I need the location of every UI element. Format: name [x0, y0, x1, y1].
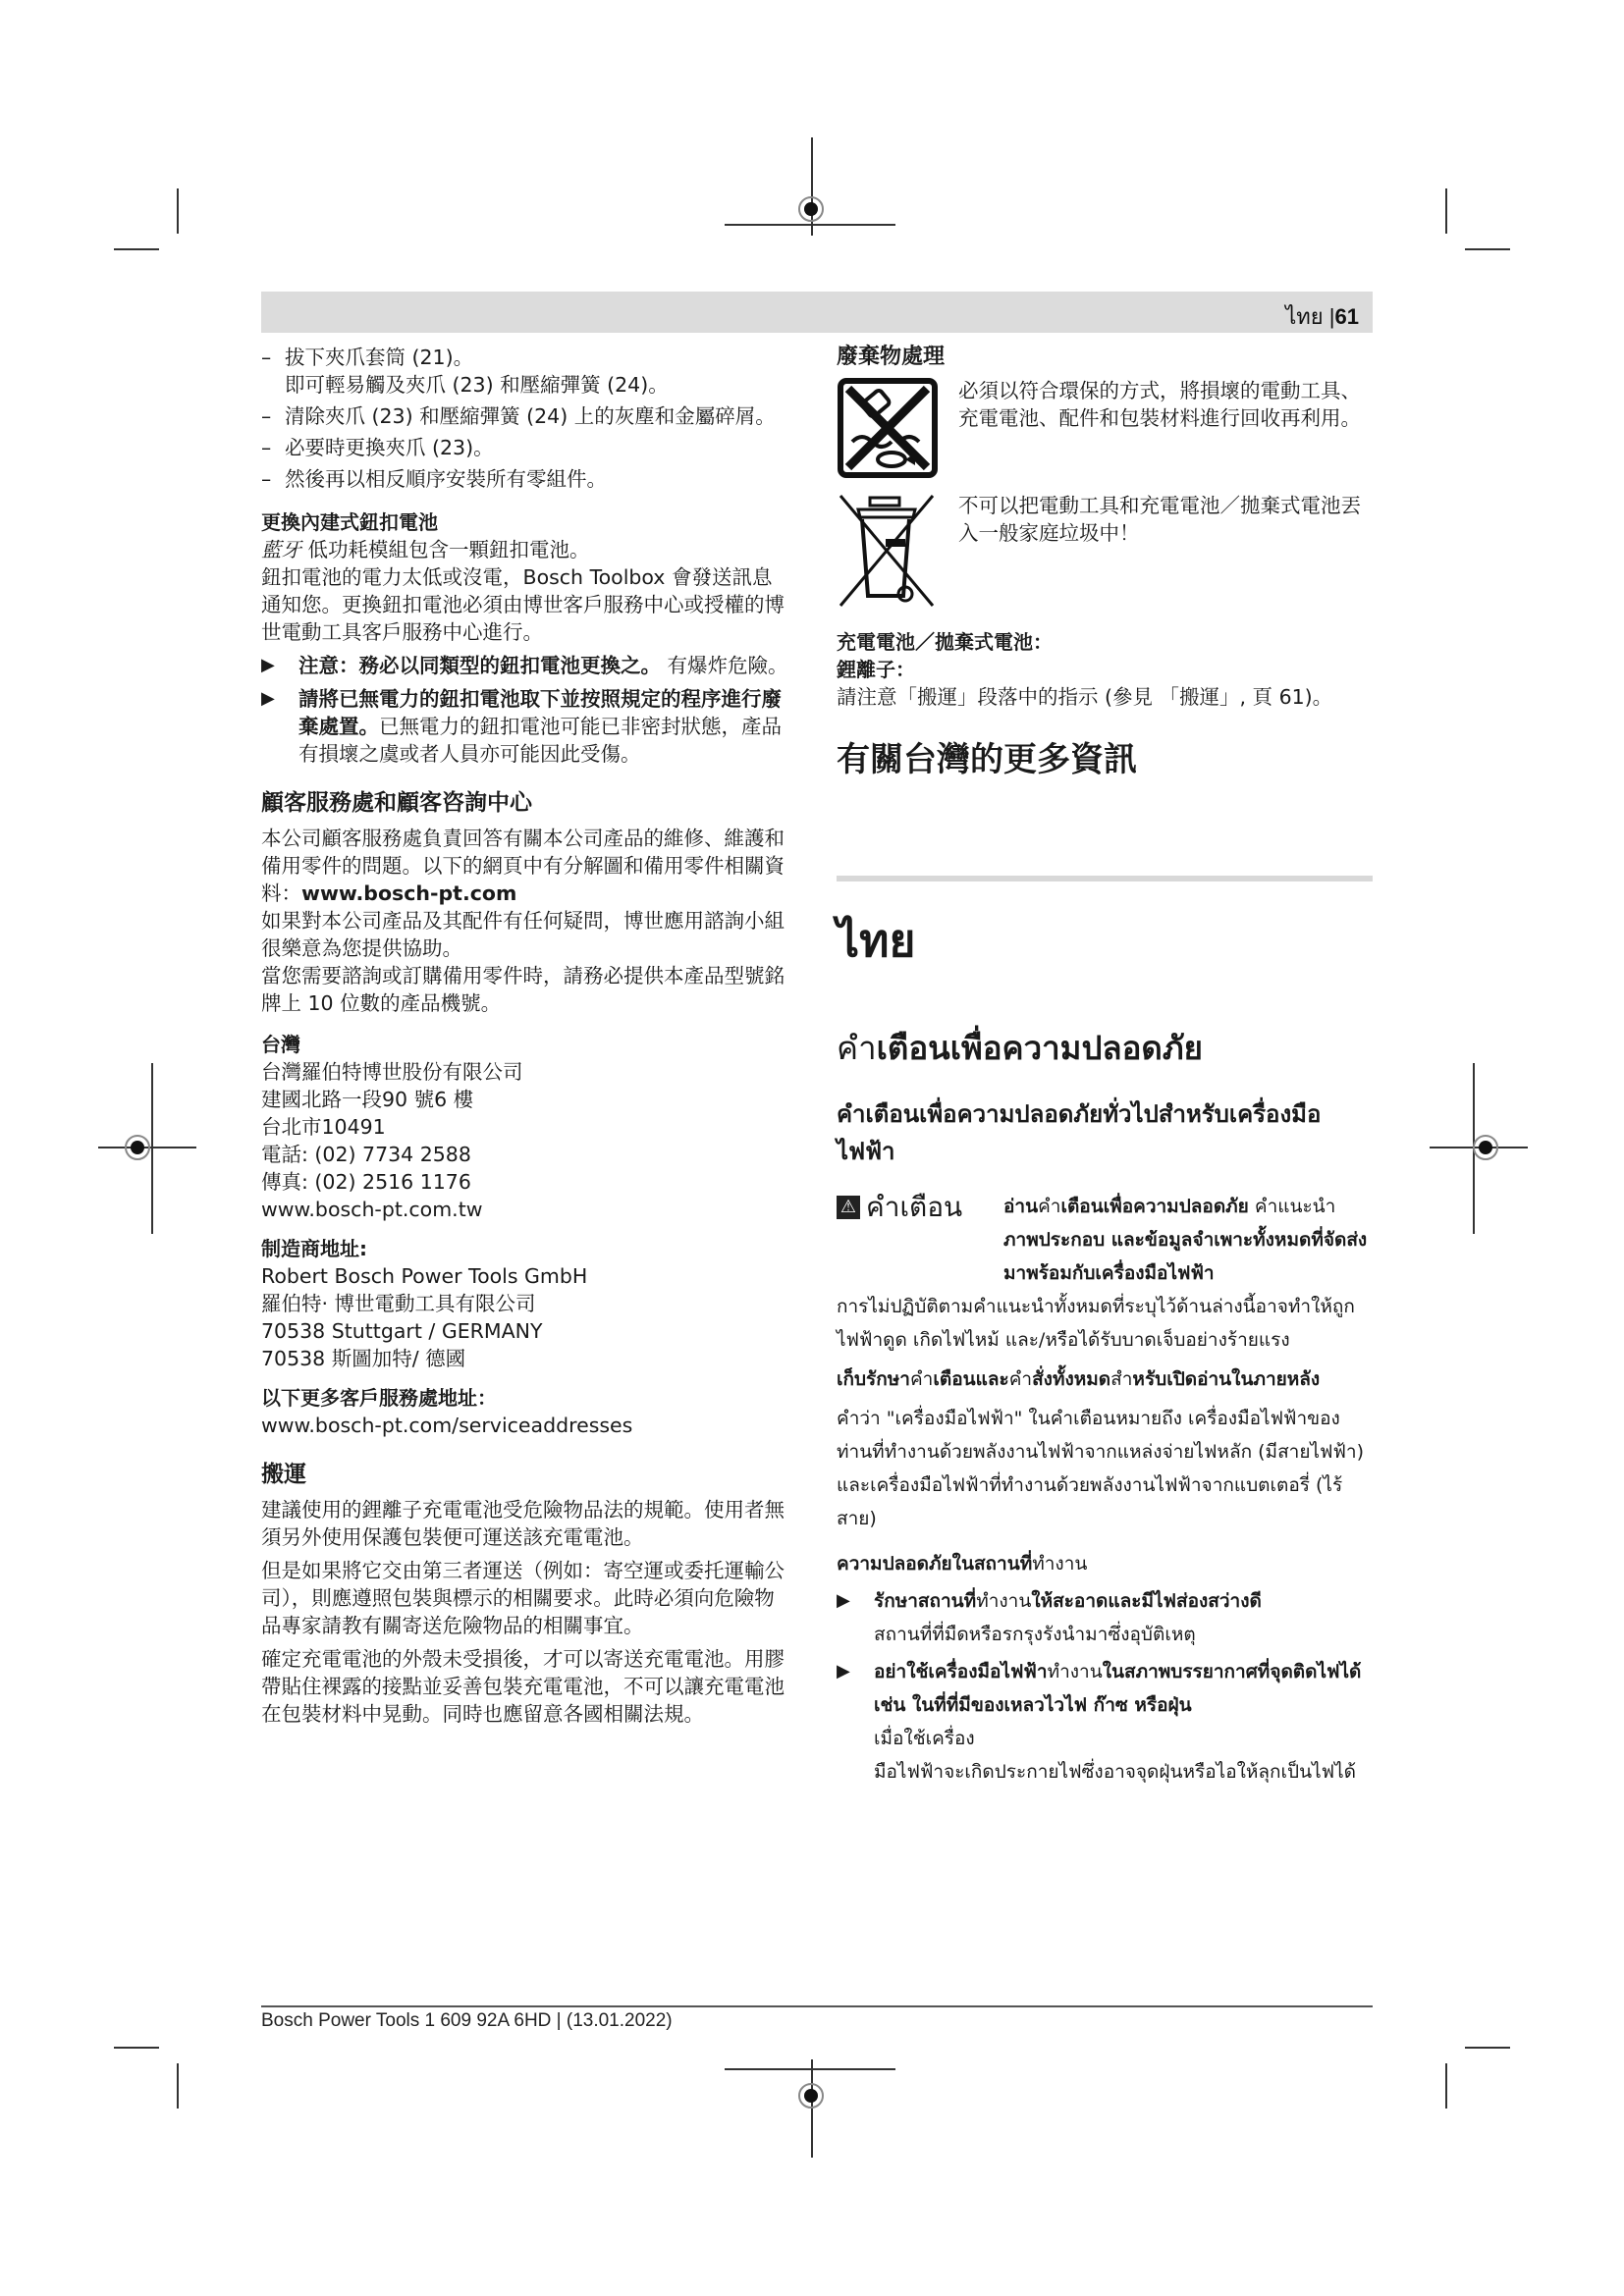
- crop-mark: [725, 224, 895, 226]
- paragraph: 必須以符合環保的方式，將損壞的電動工具、充電電池、配件和包裝材料進行回收再利用。: [958, 377, 1373, 486]
- crop-mark: [1445, 188, 1447, 234]
- no-water-disposal-icon: [837, 377, 945, 486]
- registration-mark-icon: [1473, 1135, 1498, 1160]
- paragraph: 確定充電電池的外殼未受損後，才可以寄送充電電池。用膠帶貼住裸露的接點並妥善包裝充…: [261, 1645, 791, 1728]
- website-link[interactable]: www.bosch-pt.com/serviceaddresses: [261, 1412, 791, 1439]
- page-header: ไทย |61: [261, 292, 1373, 333]
- crop-mark: [177, 2063, 179, 2109]
- crop-mark: [1465, 248, 1510, 250]
- section-heading-manufacturer: 制造商地址:: [261, 1235, 791, 1262]
- step-item: 拔下夾爪套筒 (21)。 即可輕易觸及夾爪 (23) 和壓縮彈簧 (24)。: [261, 344, 791, 399]
- crop-mark: [811, 2059, 813, 2158]
- section-heading-battery: 更換內建式鈕扣電池: [261, 508, 791, 536]
- registration-mark-icon: [798, 196, 824, 222]
- page-footer: Bosch Power Tools 1 609 92A 6HD | (13.01…: [261, 2010, 673, 2032]
- heading-general-safety: คำเตือนเพื่อความปลอดภัยทั่วไปสำหรับเครื่…: [837, 1095, 1373, 1170]
- paragraph: 請注意「搬運」段落中的指示 (參見 「搬運」, 頁 61)。: [837, 683, 1373, 711]
- crop-mark: [114, 2047, 159, 2049]
- paragraph: 藍牙 低功耗模組包含一顆鈕扣電池。: [261, 536, 791, 563]
- crop-mark: [725, 2068, 895, 2070]
- website-link[interactable]: www.bosch-pt.com.tw: [261, 1196, 791, 1223]
- section-heading-batteries: 充電電池／拋棄式電池：: [837, 628, 1373, 656]
- step-item: 然後再以相反順序安裝所有零組件。: [261, 465, 791, 493]
- paragraph-keep-instructions: เก็บรักษาคำเตือนและคำสั่งทั้งหมดสำหรับเป…: [837, 1362, 1373, 1396]
- crop-mark: [1465, 2047, 1510, 2049]
- warning-bullet: อย่าใช้เครื่องมือไฟฟ้าทำงานในสภาพบรรยากา…: [837, 1655, 1373, 1789]
- section-subheading-li-ion: 鋰離子：: [837, 656, 1373, 683]
- heading-taiwan-more-info: 有關台灣的更多資訊: [837, 738, 1373, 781]
- paragraph: 鈕扣電池的電力太低或沒電，Bosch Toolbox 會發送訊息通知您。更換鈕扣…: [261, 563, 791, 646]
- language-title: ไทย: [837, 911, 1373, 970]
- right-column: 廢棄物處理 必須以符合環保的方式，將損壞的電動工具、充電電池、配件和包裝材料進行…: [837, 344, 1373, 1789]
- paragraph: 如果對本公司產品及其配件有任何疑問，博世應用諮詢小組很樂意為您提供協助。: [261, 907, 791, 962]
- crossed-out-wheelie-bin-icon: [837, 492, 945, 616]
- heading-safety-warnings: คำเตือนเพื่อความปลอดภัย: [837, 1027, 1373, 1070]
- left-column: 拔下夾爪套筒 (21)。 即可輕易觸及夾爪 (23) 和壓縮彈簧 (24)。 清…: [261, 344, 791, 1728]
- footer-rule: [261, 2005, 1373, 2007]
- section-heading-more-addresses: 以下更多客戶服務處地址：: [261, 1384, 791, 1412]
- warning-block: ⚠ คำเตือน อ่านคำเตือนเพื่อความปลอดภัย คำ…: [837, 1190, 1373, 1290]
- registration-mark-icon: [798, 2083, 824, 2109]
- paragraph: 但是如果將它交由第三者運送（例如：寄空運或委托運輸公司），則應遵照包裝與標示的相…: [261, 1557, 791, 1639]
- paragraph: 建議使用的鋰離子充電電池受危險物品法的規範。使用者無須另外使用保護包裝便可運送該…: [261, 1496, 791, 1551]
- section-heading-transport: 搬運: [261, 1461, 791, 1488]
- paragraph: 當您需要諮詢或訂購備用零件時，請務必提供本產品型號銘牌上 10 位數的產品機號。: [261, 962, 791, 1017]
- crop-mark: [151, 1063, 153, 1234]
- warning-triangle-icon: ⚠: [837, 1196, 860, 1219]
- section-divider: [837, 876, 1373, 881]
- crop-mark: [114, 248, 159, 250]
- warning-bullet: รักษาสถานที่ทำงานให้สะอาดและมีไฟส่องสว่า…: [837, 1584, 1373, 1651]
- warning-bullet: 注意：務必以同類型的鈕扣電池更換之。 有爆炸危險。: [261, 652, 791, 679]
- paragraph: 不可以把電動工具和充電電池／拋棄式電池丟入一般家庭垃圾中！: [958, 492, 1373, 616]
- paragraph: คำว่า "เครื่องมือไฟฟ้า" ในคำเตือนหมายถึง…: [837, 1402, 1373, 1535]
- section-heading-taiwan: 台灣: [261, 1031, 791, 1058]
- warning-label: คำเตือน: [866, 1190, 962, 1225]
- step-item: 清除夾爪 (23) 和壓縮彈簧 (24) 上的灰塵和金屬碎屑。: [261, 402, 791, 430]
- section-heading-disposal: 廢棄物處理: [837, 344, 1373, 371]
- heading-workplace-safety: ความปลอดภัยในสถานที่ทำงาน: [837, 1547, 1373, 1580]
- paragraph: การไม่ปฏิบัติตามคำแนะนำทั้งหมดที่ระบุไว้…: [837, 1290, 1373, 1357]
- crop-mark: [177, 188, 179, 234]
- page-number: 61: [1335, 304, 1359, 329]
- crop-mark: [1445, 2063, 1447, 2109]
- page-header-label: ไทย |61: [1285, 299, 1359, 334]
- website-link[interactable]: www.bosch-pt.com: [301, 881, 516, 905]
- step-item: 必要時更換夾爪 (23)。: [261, 434, 791, 461]
- registration-mark-icon: [125, 1135, 150, 1160]
- section-heading-service: 顧客服務處和顧客咨詢中心: [261, 789, 791, 817]
- warning-bullet: 請將已無電力的鈕扣電池取下並按照規定的程序進行廢棄處置。已無電力的鈕扣電池可能已…: [261, 685, 791, 768]
- paragraph: 本公司顧客服務處負責回答有關本公司產品的維修、維護和備用零件的問題。以下的網頁中…: [261, 825, 791, 907]
